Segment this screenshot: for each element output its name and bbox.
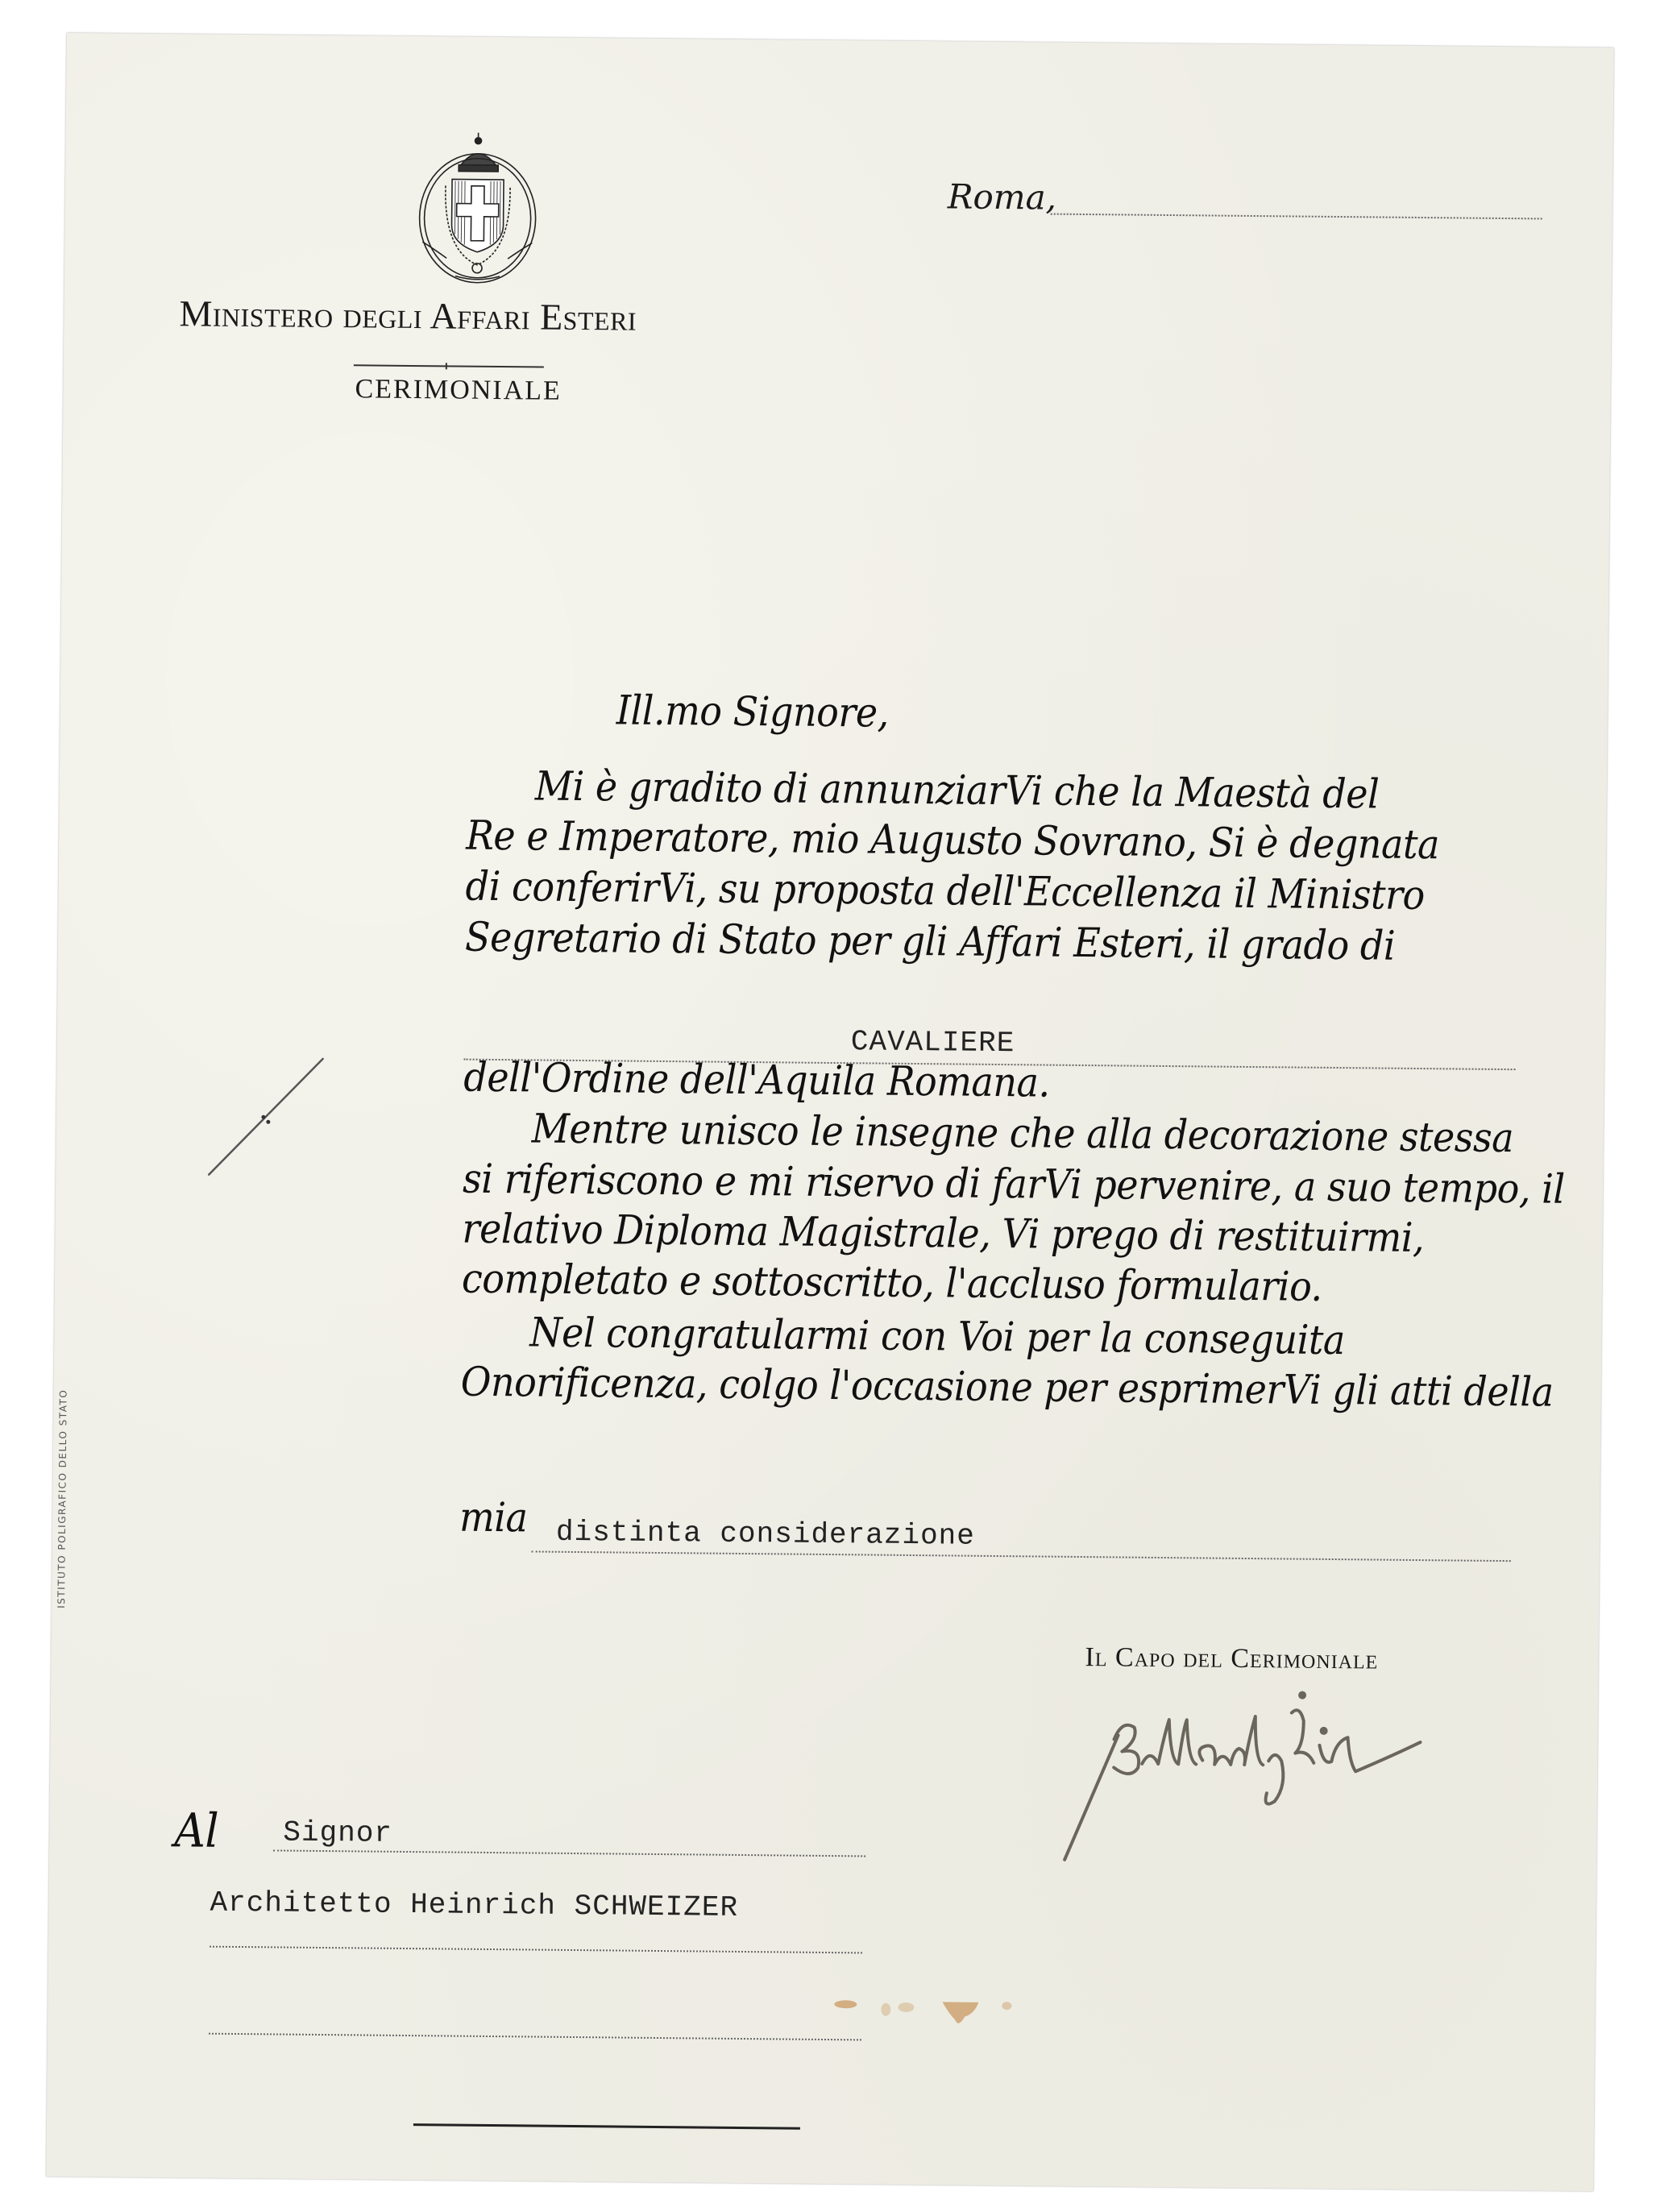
body-line: Segretario di Stato per gli Affari Ester… bbox=[465, 914, 1396, 969]
address-line-2 bbox=[210, 1946, 862, 1954]
addressee-name: Architetto Heinrich SCHWEIZER bbox=[210, 1886, 738, 1924]
body-line: si riferiscono e mi riservo di farVi per… bbox=[463, 1156, 1565, 1213]
pencil-mark-icon bbox=[205, 1054, 326, 1180]
grade-value: CAVALIERE bbox=[851, 1025, 1015, 1060]
closing-typed: distinta considerazione bbox=[556, 1516, 975, 1553]
body-line: completato e sottoscritto, l'accluso for… bbox=[462, 1255, 1322, 1310]
closing-field-line bbox=[532, 1550, 1511, 1562]
body-line: Onorificenza, colgo l'occasione per espr… bbox=[460, 1359, 1553, 1416]
addressee-prefix: Al bbox=[174, 1803, 218, 1858]
signatory-title: Il Capo del Cerimoniale bbox=[1085, 1642, 1378, 1675]
order-line: dell'Ordine dell'Aquila Romana. bbox=[463, 1054, 1050, 1106]
address-line-4 bbox=[413, 2123, 800, 2130]
date-field bbox=[1051, 214, 1542, 220]
printer-imprint: ISTITUTO POLIGRAFICO DELLO STATO bbox=[56, 1389, 69, 1608]
foxing-stain bbox=[813, 1994, 1023, 2044]
office-name: CERIMONIALE bbox=[355, 374, 562, 406]
salutation: Ill.mo Signore, bbox=[616, 687, 889, 736]
body-line: Mentre unisco le insegne che alla decora… bbox=[532, 1105, 1514, 1161]
addressee-salutation: Signor bbox=[283, 1816, 392, 1850]
address-line-3 bbox=[209, 2033, 861, 2041]
body-line: di conferirVi, su proposta dell'Eccellen… bbox=[465, 863, 1425, 919]
body-line: Nel congratularmi con Voi per la consegu… bbox=[529, 1309, 1345, 1363]
header-divider bbox=[354, 364, 544, 367]
ministry-name: Ministero degli Affari Esteri bbox=[179, 292, 767, 340]
address-line-1 bbox=[273, 1849, 865, 1857]
body-line: Mi è gradito di annunziarVi che la Maest… bbox=[535, 762, 1380, 817]
handwritten-signature-icon bbox=[1056, 1679, 1445, 1868]
letter-page: Ministero degli Affari Esteri CERIMONIAL… bbox=[46, 33, 1613, 2191]
coat-of-arms-icon bbox=[411, 129, 546, 288]
closing-script: mia bbox=[459, 1494, 528, 1542]
dateline-place: Roma, bbox=[948, 176, 1057, 217]
body-line: Re e Imperatore, mio Augusto Sovrano, Si… bbox=[466, 812, 1439, 869]
body-line: relativo Diploma Magistrale, Vi prego di… bbox=[462, 1206, 1424, 1261]
